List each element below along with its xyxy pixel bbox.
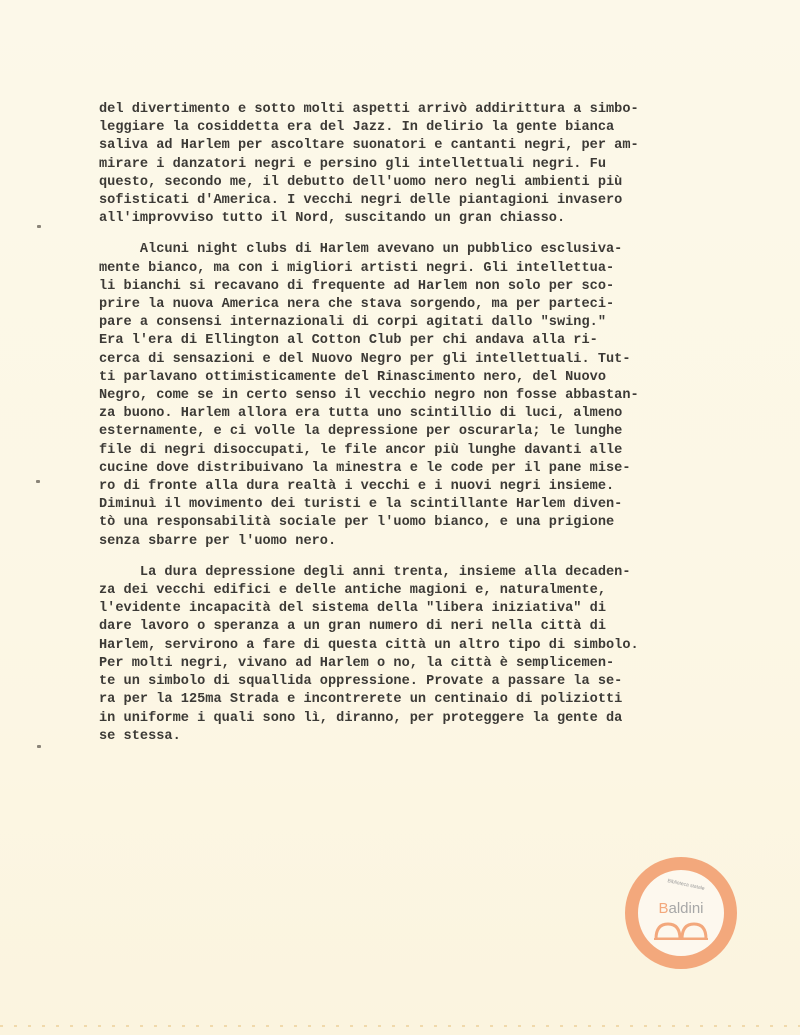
text-line: La dura depressione degli anni trenta, i… (99, 564, 739, 582)
text-line: del divertimento e sotto molti aspetti a… (99, 101, 739, 119)
text-line: li bianchi si recavano di frequente ad H… (99, 278, 739, 296)
text-line: za dei vecchi edifici e delle antiche ma… (99, 582, 739, 600)
watermark-initial: B (658, 900, 668, 917)
text-line: za buono. Harlem allora era tutta uno sc… (99, 405, 739, 423)
margin-mark (37, 745, 41, 748)
text-line: questo, secondo me, il debutto dell'uomo… (99, 174, 739, 192)
text-line: esternamente, e ci volle la depressione … (99, 423, 739, 441)
text-line: ra per la 125ma Strada e incontrerete un… (99, 691, 739, 709)
text-line: Per molti negri, vivano ad Harlem o no, … (99, 655, 739, 673)
paragraph-2: Alcuni night clubs di Harlem avevano un … (99, 241, 739, 550)
document-page: del divertimento e sotto molti aspetti a… (0, 0, 800, 1035)
text-line: Negro, come se in certo senso il vecchio… (99, 387, 739, 405)
text-line: senza sbarre per l'uomo nero. (99, 533, 739, 551)
text-line: cucine dove distribuivano la minestra e … (99, 460, 739, 478)
text-line: cerca di sensazioni e del Nuovo Negro pe… (99, 351, 739, 369)
text-line: l'evidente incapacità del sistema della … (99, 600, 739, 618)
text-line: in uniforme i quali sono lì, diranno, pe… (99, 710, 739, 728)
text-line: te un simbolo di squallida oppressione. … (99, 673, 739, 691)
text-line: tò una responsabilità sociale per l'uomo… (99, 514, 739, 532)
margin-mark (37, 225, 41, 228)
text-line: ro di fronte alla dura realtà i vecchi e… (99, 478, 739, 496)
paragraph-3: La dura depressione degli anni trenta, i… (99, 564, 739, 746)
open-book-icon (654, 922, 708, 940)
text-line: sofisticati d'America. I vecchi negri de… (99, 192, 739, 210)
text-line: se stessa. (99, 728, 739, 746)
text-line: file di negri disoccupati, le file ancor… (99, 442, 739, 460)
text-line: mente bianco, ma con i migliori artisti … (99, 260, 739, 278)
watermark-name: Baldini (638, 900, 724, 917)
watermark-subtitle: Biblioteca statale (664, 877, 708, 892)
text-line: Harlem, servirono a fare di questa città… (99, 637, 739, 655)
text-line: ti parlavano ottimisticamente del Rinasc… (99, 369, 739, 387)
text-line: Diminuì il movimento dei turisti e la sc… (99, 496, 739, 514)
text-line: pare a consensi internazionali di corpi … (99, 314, 739, 332)
margin-mark (36, 480, 40, 483)
paragraph-1: del divertimento e sotto molti aspetti a… (99, 101, 739, 228)
text-line: leggiare la cosiddetta era del Jazz. In … (99, 119, 739, 137)
text-line: saliva ad Harlem per ascoltare suonatori… (99, 137, 739, 155)
baldini-library-watermark: Biblioteca statale Baldini (625, 857, 737, 969)
watermark-name-rest: aldini (668, 900, 703, 917)
text-line: prire la nuova America nera che stava so… (99, 296, 739, 314)
page-bottom-edge (0, 1025, 800, 1027)
text-line: Alcuni night clubs di Harlem avevano un … (99, 241, 739, 259)
text-line: dare lavoro o speranza a un gran numero … (99, 618, 739, 636)
text-line: mirare i danzatori negri e persino gli i… (99, 156, 739, 174)
text-line: all'improvviso tutto il Nord, suscitando… (99, 210, 739, 228)
typewritten-text: del divertimento e sotto molti aspetti a… (99, 101, 739, 759)
text-line: Era l'era di Ellington al Cotton Club pe… (99, 332, 739, 350)
